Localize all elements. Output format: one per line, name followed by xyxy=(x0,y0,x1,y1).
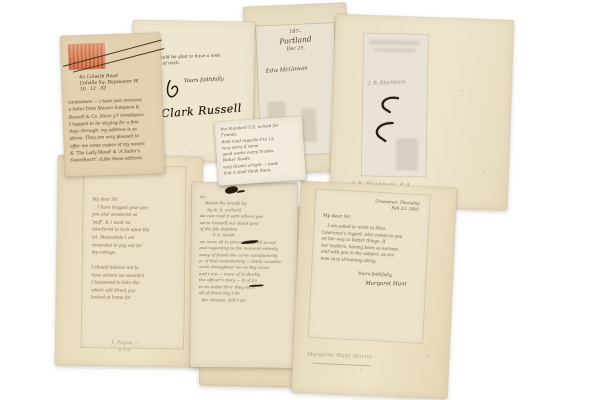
letter-body-handwriting: I am asked to write in MissLawrence's re… xyxy=(320,223,403,267)
margaret-signature: Margaret Hunt xyxy=(365,281,407,288)
salutation: My dear Sir, xyxy=(323,214,352,220)
faded-writing-smudge xyxy=(370,40,420,46)
photo-of-autograph-letters: 187– Portland Dec 25. Edw McGowan Lion J… xyxy=(0,0,600,400)
handwriting-line: the obvious. Tell I am xyxy=(199,297,281,304)
faded-writing-smudge xyxy=(374,48,416,53)
faded-writing-smudge xyxy=(301,108,316,143)
mounted-letter-left: My dear Sir I have begged your penyou an… xyxy=(55,155,203,367)
dense-handwritten-letter: Sr/. Below the proofs by by R. S. orchar… xyxy=(190,182,298,368)
handwriting-line: let. Meanwhile I am xyxy=(92,233,150,241)
letter-heading-handwriting: Grosvenor, ThursdayFeb 23. 1892 xyxy=(375,198,420,212)
handwriting-line: Sweetheart'. (Like these editions xyxy=(70,155,145,165)
tipped-in-letter: Grosvenor, ThursdayFeb 23. 1892 My dear … xyxy=(308,189,430,343)
letter-body-handwriting: I should believe not tohave striven we w… xyxy=(91,263,145,302)
mounted-letter-margaret: Grosvenor, ThursdayFeb 23. 1892 My dear … xyxy=(291,181,456,399)
note-handwriting: the Standard U.S. named forFriends.With … xyxy=(220,123,281,177)
ink-flourish-stroke xyxy=(377,94,403,120)
blackburn-slip: J. B. Blackburn xyxy=(362,34,428,177)
ink-blot xyxy=(224,185,238,194)
stain-smudge xyxy=(396,138,419,170)
tipped-in-letter: My dear Sir I have begged your penyou an… xyxy=(81,165,186,348)
valediction: Yours faithfully xyxy=(184,76,224,84)
handwriting-line: my cottage. xyxy=(92,249,150,257)
handwriting-line: Feb 23. 1892 xyxy=(375,204,419,212)
letter-body-handwriting: Sr/. Below the proofs by by R. S. orchar… xyxy=(199,194,282,304)
letter-body-handwriting: Gentlemen — I have just receiveda letter… xyxy=(68,97,145,165)
pencil-caption: J. Payne —a.l.s. xyxy=(111,340,140,354)
handwriting-line: 10 . 12 . 02 xyxy=(80,86,139,94)
letter-body-handwriting: My dear Sir I have begged your penyou an… xyxy=(92,195,150,257)
handwriting-line: looked at home for xyxy=(91,294,144,302)
blackburn-faint-signature: J. B. Blackburn xyxy=(368,79,406,86)
portland-signature: Edw McGowan xyxy=(266,66,308,75)
letter-red-letterhead: 6a Colwith RoadColville Sq. Bayswater W.… xyxy=(60,33,165,177)
pencil-rule xyxy=(313,363,371,367)
handwriting-line: I should believe not to xyxy=(91,263,144,271)
mounted-slip-blackburn: J. B. Blackburn J. B. Blackburn. R.A. xyxy=(329,14,514,210)
valediction: Yours faithfully, xyxy=(358,272,393,279)
pencil-caption-margaret: Margaret Hunt Morris. xyxy=(307,351,374,360)
small-note-card: the Standard U.S. named forFriends.With … xyxy=(214,116,306,186)
handwriting-line: a.l.s. xyxy=(111,347,139,354)
address-handwriting: 6a Colwith RoadColville Sq. Bayswater W.… xyxy=(79,73,139,94)
